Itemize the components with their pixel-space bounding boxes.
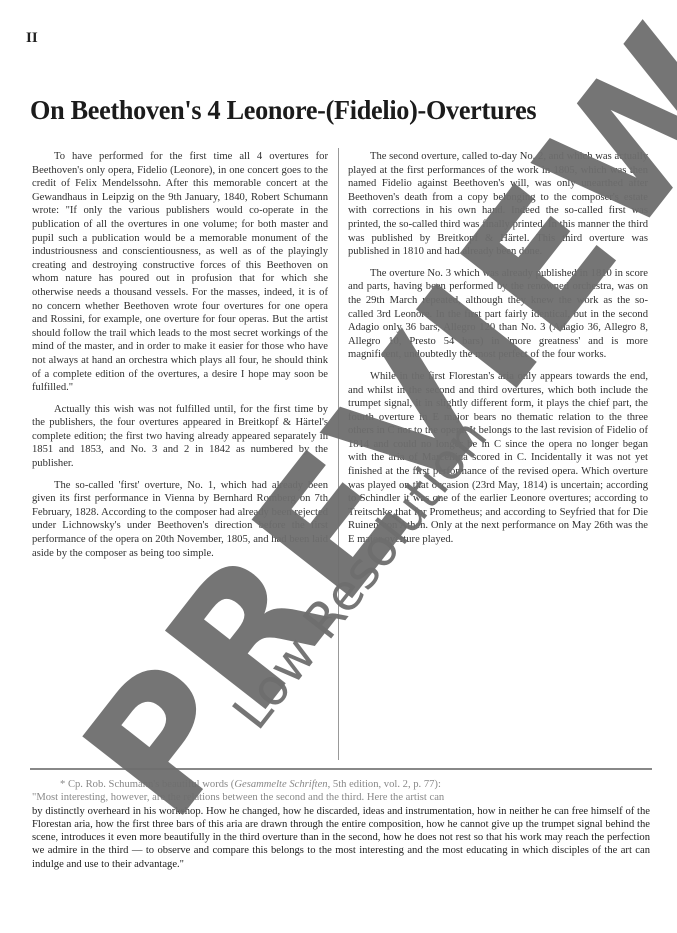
footnote-source-details: , 5th edition, vol. 2, p. 77): [328,779,441,790]
paragraph: Actually this wish was not fulfilled unt… [32,403,328,471]
left-column: To have performed for the first time all… [32,150,328,764]
footnote-lead: * Cp. Rob. Schumann's beautiful words (G… [32,778,650,791]
column-divider [338,148,339,760]
footnote-divider [30,768,652,770]
paragraph: The second overture, called to-day No. 2… [348,150,648,259]
paragraph: The so-called 'first' overture, No. 1, w… [32,479,328,561]
paragraph: To have performed for the first time all… [32,150,328,395]
right-column: The second overture, called to-day No. 2… [348,150,648,764]
page-number: II [26,30,38,47]
paragraph: While in the first Florestan's aria only… [348,370,648,547]
footnote-lead-text: * Cp. Rob. Schumann's beautiful words ( [60,779,234,790]
paragraph: The overture No. 3 which was already pub… [348,267,648,362]
footnote: * Cp. Rob. Schumann's beautiful words (G… [32,778,650,871]
page-title: On Beethoven's 4 Leonore-(Fidelio)-Overt… [30,95,631,126]
footnote-body: by distinctly overheard in his workshop.… [32,805,650,871]
footnote-source-title: Gesammelte Schriften [234,779,327,790]
footnote-lead-line2: "Most interesting, however, are the rela… [32,791,650,804]
